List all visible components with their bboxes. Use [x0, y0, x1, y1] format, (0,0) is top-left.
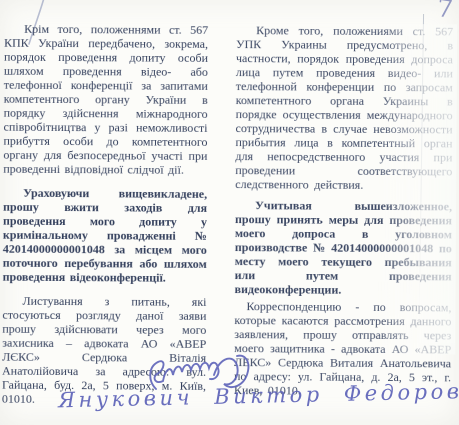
scanned-document-page: 7 Крім того, положеннями ст. 567 КПК Укр… [0, 0, 459, 425]
handwritten-page-number-mark: 7 [436, 0, 454, 24]
paragraph-uk-request: Ураховуючи вищевикладене, прошу вжити за… [3, 186, 208, 285]
paragraph-ru-law-provision: Кроме того, положениями ст. 567 УПК Укра… [235, 23, 453, 192]
paragraph-uk-law-provision: Крім того, положеннями ст. 567 КПК Украї… [3, 22, 208, 177]
paragraph-ru-request: Учитывая вышеизложенное, прошу принять м… [235, 198, 453, 297]
